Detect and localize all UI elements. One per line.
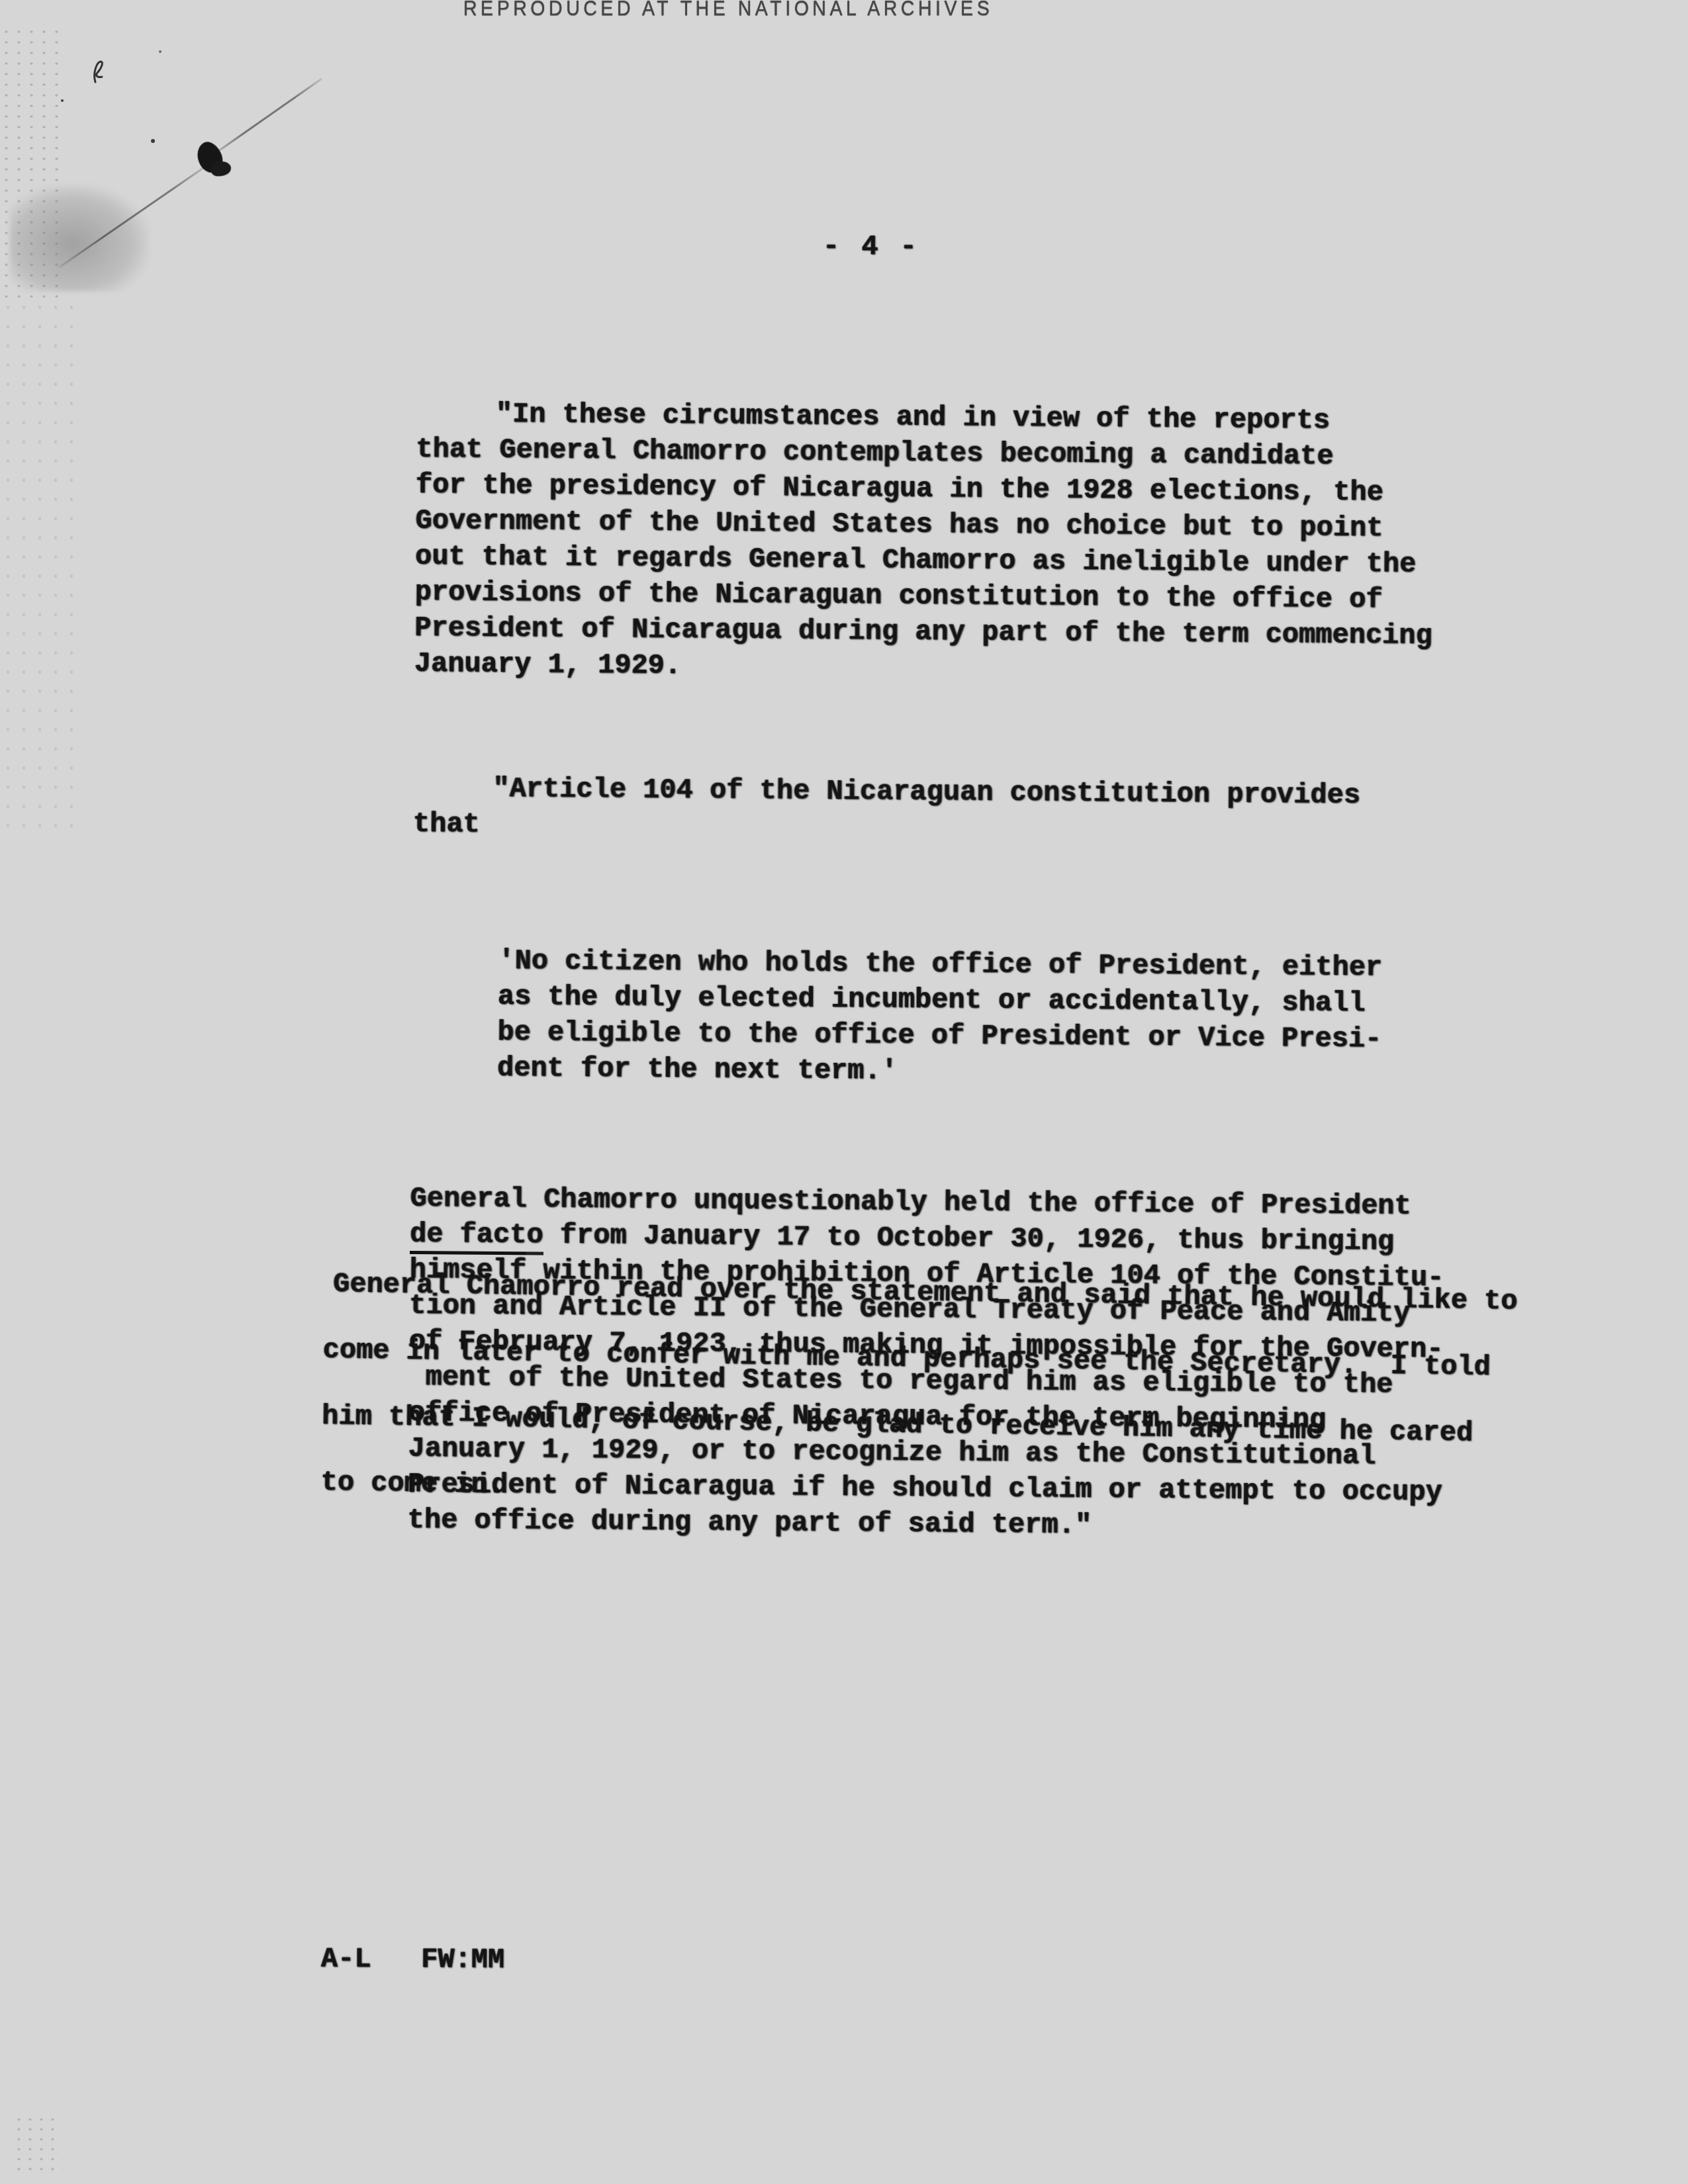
closing-paragraph: General Chamorro read over the statement…: [320, 1251, 1556, 1534]
archives-stamp: REPRODUCED AT THE NATIONAL ARCHIVES: [463, 0, 993, 20]
text-segment: from January 17 to October 30, 1926, thu…: [543, 1220, 1395, 1258]
text-segment: that General Chamorro contemplates becom…: [416, 433, 1334, 473]
typist-initials: A-L FW:MM: [321, 1941, 505, 1978]
text-segment: General Chamorro read over the statement…: [333, 1268, 1518, 1318]
scan-speck: [61, 99, 64, 102]
text-segment: provisions of the Nicaraguan constitutio…: [415, 576, 1383, 615]
text-segment: 'No citizen who holds the office of Pres…: [498, 945, 1382, 983]
text-segment: that: [413, 808, 480, 841]
text-segment: to come in.: [320, 1467, 504, 1501]
scan-speck: [159, 50, 162, 53]
scan-smudge: [10, 185, 149, 291]
text-segment: President of Nicaragua during any part o…: [414, 612, 1432, 652]
text-segment: January 1, 1929.: [414, 648, 682, 682]
text-segment: "In these circumstances and in view of t…: [496, 398, 1331, 437]
statement-paragraph-1: "In these circumstances and in view of t…: [414, 396, 1429, 690]
underlined-text: de facto: [410, 1218, 543, 1255]
text-segment: him that I would, of course, be glad to …: [322, 1400, 1474, 1449]
text-segment: General Chamorro unquestionably held the…: [410, 1183, 1411, 1222]
text-segment: dent for the next term.': [497, 1052, 898, 1087]
text-segment: as the duly elected incumbent or acciden…: [498, 981, 1366, 1019]
constitution-article-quote: 'No citizen who holds the office of Pres…: [497, 943, 1425, 1093]
text-segment: "Article 104 of the Nicaraguan constitut…: [492, 773, 1360, 811]
text-segment: for the presidency of Nicaragua in the 1…: [416, 469, 1383, 508]
text-segment: out that it regards General Chamorro as …: [415, 541, 1417, 580]
statement-paragraph-2: "Article 104 of the Nicaraguan constitut…: [413, 770, 1427, 850]
scan-noise-patch: [0, 298, 79, 841]
scanned-document-page: REPRODUCED AT THE NATIONAL ARCHIVES - 4 …: [0, 0, 1688, 2184]
pen-mark: [90, 58, 110, 87]
text-segment: come in later to confer with me and perh…: [322, 1334, 1491, 1383]
text-segment: be eligible to the office of President o…: [497, 1017, 1382, 1055]
page-number: - 4 -: [823, 229, 919, 265]
text-line: dent for the next term.': [497, 1050, 1424, 1093]
scan-noise-patch: [13, 2115, 63, 2177]
text-segment: Government of the United States has no c…: [415, 505, 1383, 544]
scan-speck: [151, 139, 155, 143]
fold-crease-line: [210, 78, 322, 158]
